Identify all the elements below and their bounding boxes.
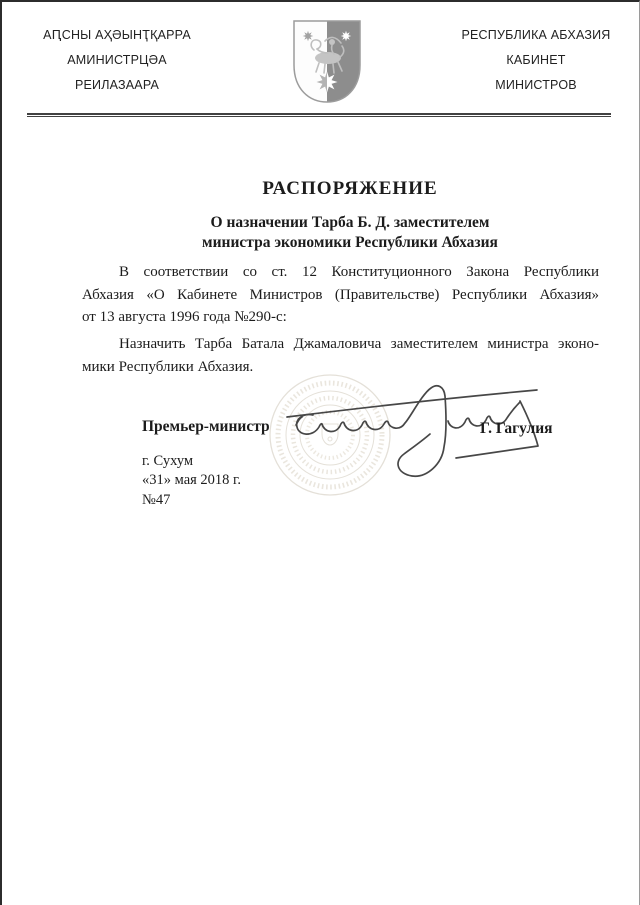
subtitle-line: министра экономики Республики Абхазия [86,233,614,253]
document-subtitle: О назначении Тарба Б. Д. заместителем ми… [86,213,614,252]
signer-name: Г. Гагулия [480,420,553,438]
header-divider [27,113,611,117]
header-right-block: РЕСПУБЛИКА АБХАЗИЯ КАБИНЕТ МИНИСТРОВ [452,29,620,104]
paragraph-line: Абхазия «О Кабинете Министров (Правитель… [82,284,599,307]
header-left-line: АԤСНЫ АҲӘЫНҬҚАРРА [27,29,207,42]
body-paragraph-1: В соответствии со ст. 12 Конституционног… [82,261,599,329]
decree-page: АԤСНЫ АҲӘЫНҬҚАРРА АМИНИСТРЦӘА РЕИЛАЗААРА [0,0,640,905]
header-right-line: КАБИНЕТ [452,54,620,67]
document-title: РАСПОРЯЖЕНИЕ [86,178,614,200]
signature-date: «31» мая 2018 г. [142,472,241,489]
paragraph-line: от 13 августа 1996 года №290-с: [82,306,599,329]
abkhazia-coat-of-arms-icon [291,19,363,105]
subtitle-line: О назначении Тарба Б. Д. заместителем [86,213,614,233]
official-stamp-icon [267,372,393,498]
header-left-line: РЕИЛАЗААРА [27,79,207,92]
header-right-line: РЕСПУБЛИКА АБХАЗИЯ [452,29,620,42]
header-left-line: АМИНИСТРЦӘА [27,54,207,67]
paragraph-line: Назначить Тарба Батала Джамаловича замес… [82,333,599,356]
header-left-block: АԤСНЫ АҲӘЫНҬҚАРРА АМИНИСТРЦӘА РЕИЛАЗААРА [27,29,207,104]
signer-role: Премьер-министр [142,418,270,436]
header-right-line: МИНИСТРОВ [452,79,620,92]
paragraph-line: мики Республики Абхазия. [82,356,599,379]
body-paragraph-2: Назначить Тарба Батала Джамаловича замес… [82,333,599,378]
signature-place: г. Сухум [142,453,193,470]
document-number: №47 [142,492,170,509]
paragraph-line: В соответствии со ст. 12 Конституционног… [82,261,599,284]
